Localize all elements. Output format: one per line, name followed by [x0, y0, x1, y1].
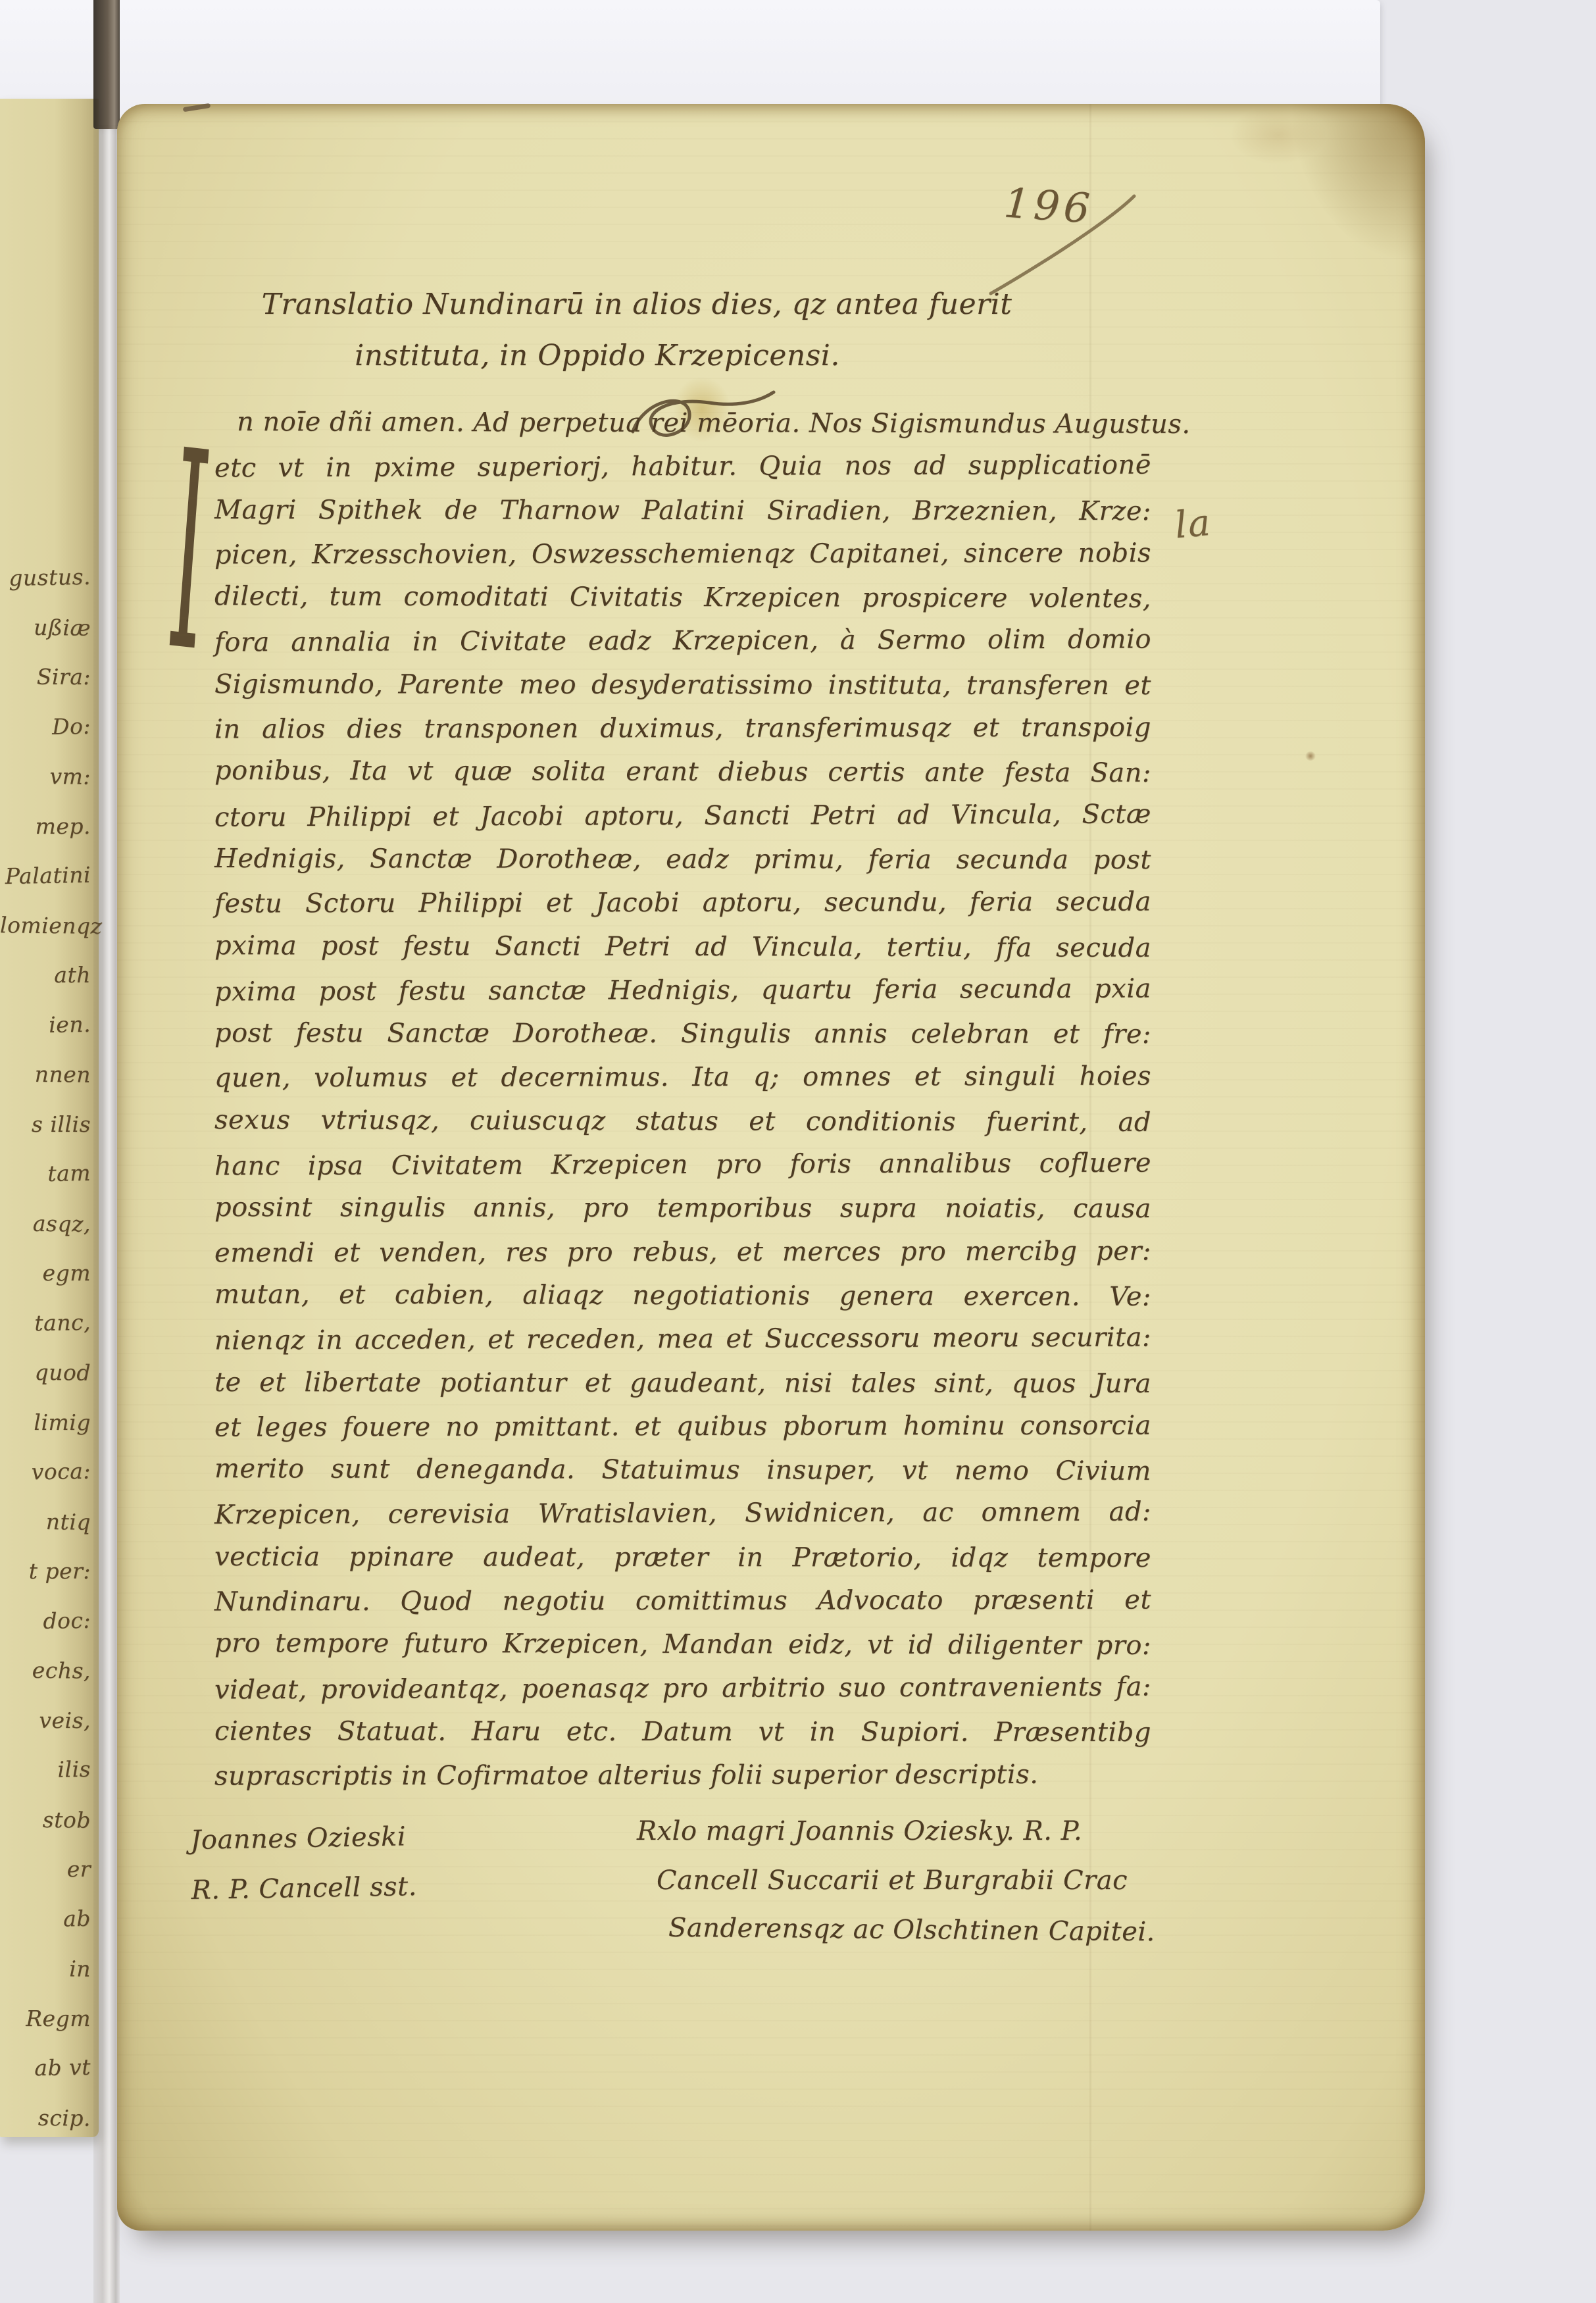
body-line: suprascriptis in Cofirmatoe alterius fol…: [214, 1753, 1151, 1798]
body-line: merito sunt deneganda. Statuimus insuper…: [214, 1447, 1151, 1493]
body-line: in alios dies transponen duximus, transf…: [214, 706, 1151, 751]
previous-page-fragment: ußiæ: [0, 602, 91, 653]
signature-left-title: R. P. Cancell sst.: [191, 1861, 417, 1915]
signature-right-line-2: Cancell Succarii et Burgrabii Crac: [657, 1856, 1155, 1906]
foxing-stain: [1229, 105, 1328, 164]
body-line: quen, volumus et decernimus. Ita q; omne…: [214, 1055, 1151, 1100]
body-line: ponibus, Ita vt quæ solita erant diebus …: [214, 749, 1151, 796]
previous-page-fragment: voca:: [0, 1446, 91, 1498]
previous-page-line-fragments: gustus.ußiæSira:Do:vm:mep.Palatinilomien…: [0, 553, 91, 2142]
previous-page-fragment: Regm: [0, 1994, 91, 2044]
previous-page-fragment: echs,: [0, 1645, 91, 1696]
title-line-1: Translatio Nundinarū in alios dies, qz a…: [222, 279, 1051, 330]
signature-left: Joannes Ozieski R. P. Cancell sst.: [190, 1811, 418, 1915]
glass-bar-dark-cap: [93, 0, 120, 129]
previous-page-fragment: quod: [0, 1347, 91, 1398]
scanner-background: { "scan": { "background_color": "#e7e7ec…: [0, 0, 1596, 2303]
body-line: pro tempore futuro Krzepicen, Mandan eid…: [214, 1621, 1151, 1667]
body-line: Krzepicen, cerevisia Wratislavien, Swidn…: [214, 1490, 1151, 1537]
previous-page-fragment: vm:: [0, 751, 91, 801]
body-text: n noīe dñi amen. Ad perpetua rei mēoria.…: [214, 401, 1151, 1798]
body-line: videat, provideantqz, poenasqz pro arbit…: [214, 1665, 1151, 1711]
previous-page-fragment: in: [0, 1943, 91, 1994]
previous-page-fragment: gustus.: [0, 552, 91, 603]
body-line: festu Sctoru Philippi et Jacobi aptoru, …: [214, 880, 1151, 926]
body-line: hanc ipsa Civitatem Krzepicen pro foris …: [214, 1142, 1151, 1188]
body-line: cientes Statuat. Haru etc. Datum vt in S…: [214, 1709, 1151, 1754]
body-line: post festu Sanctæ Dorotheæ. Singulis ann…: [214, 1011, 1151, 1056]
previous-page-fragment: nnen: [0, 1049, 91, 1100]
body-line: mutan, et cabien, aliaqz negotiationis g…: [214, 1273, 1151, 1319]
body-line: pxima post festu sanctæ Hednigis, quartu…: [214, 967, 1151, 1013]
body-line: ctoru Philippi et Jacobi aptoru, Sancti …: [214, 792, 1151, 839]
previous-page-fragment: ab: [0, 1893, 91, 1944]
title-line-2: instituta, in Oppido Krzepicensi.: [183, 330, 1012, 382]
previous-page-fragment: tam: [0, 1148, 91, 1200]
initial-capital-I: I: [170, 392, 209, 715]
signature-right: Rxlo magri Joannis Oziesky. R. P. Cancel…: [637, 1807, 1155, 1955]
margin-note: la: [1173, 501, 1213, 547]
previous-page-fragment: veis,: [0, 1696, 91, 1746]
body-line: fora annalia in Civitate eadz Krzepicen,…: [214, 618, 1151, 665]
previous-page-fragment: stob: [0, 1794, 91, 1845]
previous-page-fragment: ilis: [0, 1744, 91, 1796]
body-line: etc vt in pxime superiorj, habitur. Quia…: [214, 443, 1151, 490]
previous-page-fragment: Sira:: [0, 652, 91, 702]
body-line: Magri Spithek de Tharnow Palatini Siradi…: [214, 488, 1151, 533]
previous-page-fragment: s illis: [0, 1100, 91, 1150]
previous-page-fragment: doc:: [0, 1595, 91, 1646]
previous-page-fragment: limig: [0, 1398, 91, 1448]
previous-page-fragment: Do:: [0, 701, 91, 752]
previous-page-fragment: ath: [0, 950, 91, 1000]
previous-page-fragment: egm: [0, 1248, 91, 1298]
previous-page-fragment: ab vt: [0, 2042, 91, 2094]
body-line: picen, Krzesschovien, Oswzesschemienqz C…: [214, 531, 1151, 576]
body-line: dilecti, tum comoditati Civitatis Krzepi…: [214, 574, 1151, 620]
signature-right-line-3: Sanderensqz ac Olschtinen Capitei.: [668, 1904, 1156, 1957]
signature-left-name: Joannes Ozieski: [190, 1811, 416, 1865]
body-line: emendi et venden, res pro rebus, et merc…: [214, 1229, 1151, 1275]
previous-page-fragment: mep.: [0, 801, 91, 851]
body-line: Nundinaru. Quod negotiu comittimus Advoc…: [214, 1579, 1151, 1624]
previous-page-fragment: Palatini: [0, 850, 91, 901]
previous-page-edge: gustus.ußiæSira:Do:vm:mep.Palatinilomien…: [0, 99, 99, 2137]
body-line: pxima post festu Sancti Petri ad Vincula…: [214, 924, 1151, 970]
previous-page-fragment: tanc,: [0, 1297, 91, 1348]
body-line: Sigismundo, Parente meo desyderatissimo …: [214, 663, 1151, 707]
glass-weight-bar: [93, 0, 120, 2303]
body-line: te et libertate potiantur et gaudeant, n…: [214, 1361, 1151, 1405]
body-line: vecticia ppinare audeat, præter in Præto…: [214, 1535, 1151, 1580]
previous-page-fragment: scip.: [0, 2092, 91, 2143]
body-line: possint singulis annis, pro temporibus s…: [214, 1186, 1151, 1230]
body-line: nienqz in acceden, et receden, mea et Su…: [214, 1316, 1151, 1363]
body-line: sexus vtriusqz, cuiuscuqz status et cond…: [214, 1098, 1151, 1144]
previous-page-fragment: ntiq: [0, 1496, 91, 1547]
manuscript-page: 196 la Translatio Nundinarū in alios die…: [117, 104, 1425, 2231]
previous-page-fragment: ien.: [0, 999, 91, 1050]
previous-page-fragment: asqz,: [0, 1198, 91, 1249]
document-title: Translatio Nundinarū in alios dies, qz a…: [222, 279, 1051, 382]
previous-page-fragment: lomienqz: [0, 900, 91, 951]
body-line: n noīe dñi amen. Ad perpetua rei mēoria.…: [214, 400, 1151, 446]
previous-page-fragment: er: [0, 1844, 91, 1894]
signature-right-line-1: Rxlo magri Joannis Oziesky. R. P.: [637, 1807, 1155, 1856]
body-line: Hednigis, Sanctæ Dorotheæ, eadz primu, f…: [214, 837, 1151, 882]
pen-test-mark: [183, 103, 211, 112]
previous-page-fragment: t per:: [0, 1546, 91, 1596]
body-line: et leges fouere no pmittant. et quibus p…: [214, 1404, 1151, 1449]
small-brown-stain: [1305, 751, 1316, 761]
